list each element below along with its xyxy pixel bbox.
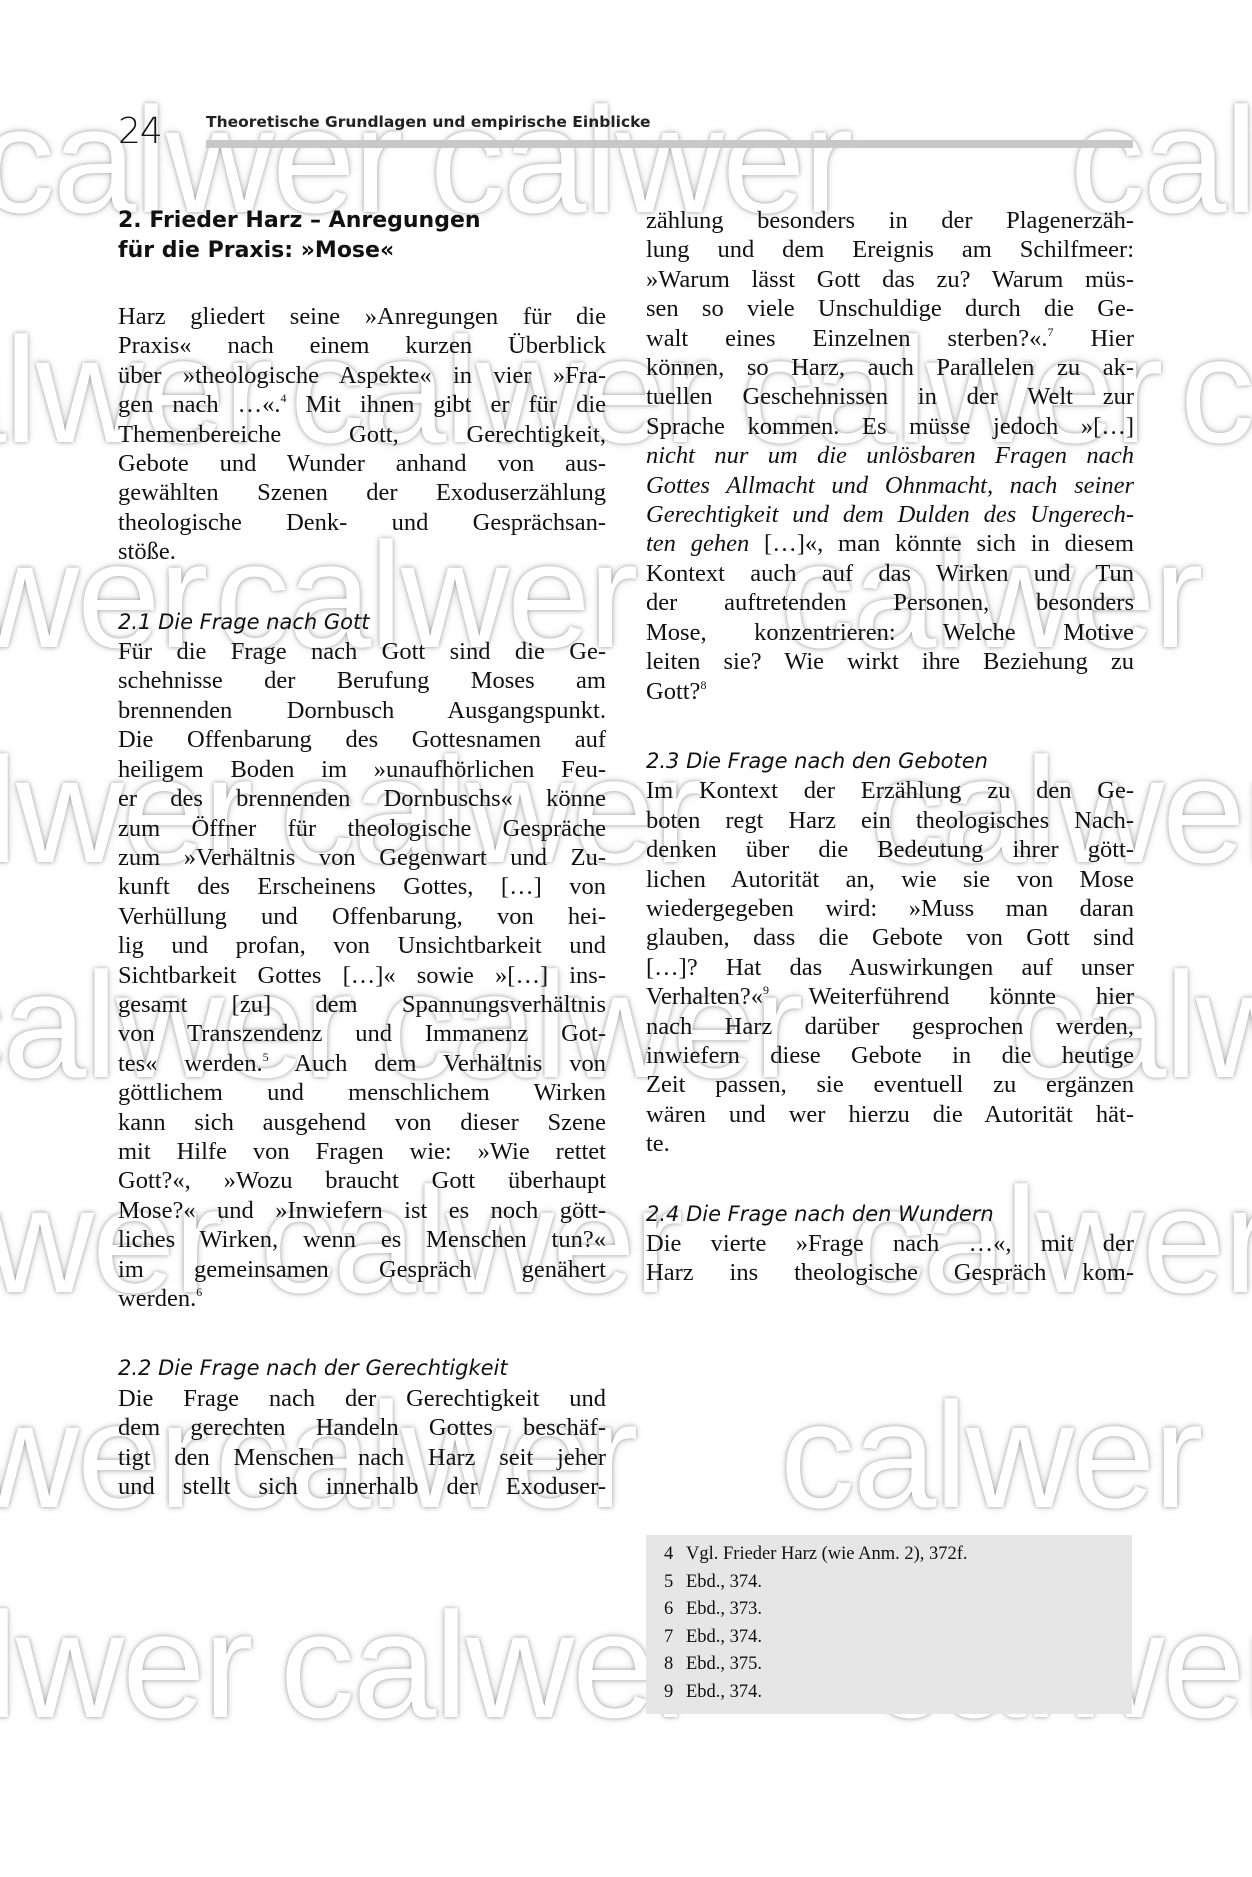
watermark-text: calwer bbox=[1180, 315, 1252, 465]
text-line: können, so Harz, auch Parallelen zu ak- bbox=[646, 353, 1134, 382]
text-line: tes« werden.5 Auch dem Verhältnis von bbox=[118, 1049, 606, 1078]
text-line: lig und profan, von Unsichtbarkeit und bbox=[118, 931, 606, 960]
text-line: heiligem Boden im »unaufhörlichen Feu- bbox=[118, 755, 606, 784]
footnote-number: 8 bbox=[664, 1651, 686, 1679]
footnote-ref[interactable]: 7 bbox=[1047, 325, 1053, 339]
section-title: 2. Frieder Harz – Anregungen für die Pra… bbox=[118, 206, 606, 266]
text-line: nach Harz darüber gesprochen werden, bbox=[646, 1012, 1134, 1041]
footnote: 9Ebd., 374. bbox=[646, 1679, 1132, 1707]
text-line: Die Offenbarung des Gottesnamen auf bbox=[118, 725, 606, 754]
text-line: dem gerechten Handeln Gottes beschäf- bbox=[118, 1413, 606, 1442]
text-line: brennenden Dornbusch Ausgangspunkt. bbox=[118, 696, 606, 725]
footnote-number: 6 bbox=[664, 1596, 686, 1624]
subheading-2-3: 2.3 Die Frage nach den Geboten bbox=[646, 747, 1134, 776]
paragraph-2-2-continued: zählung besonders in der Plagenerzäh-lun… bbox=[646, 206, 1134, 706]
text-line: Mose?« und »Inwiefern ist es noch gött- bbox=[118, 1196, 606, 1225]
text-line: tuellen Geschehnissen in der Welt zur bbox=[646, 382, 1134, 411]
text-line: Gerechtigkeit und dem Dulden des Ungerec… bbox=[646, 500, 1134, 529]
quote-italic: ten gehen bbox=[646, 530, 749, 557]
text-line: inwiefern diese Gebote in die heutige bbox=[646, 1041, 1134, 1070]
text-line: tigt den Menschen nach Harz seit jeher bbox=[118, 1443, 606, 1472]
footnote-number: 7 bbox=[664, 1624, 686, 1652]
text-line: Die vierte »Frage nach …«, mit der bbox=[646, 1229, 1134, 1258]
footnote: 6Ebd., 373. bbox=[646, 1596, 1132, 1624]
text-line: Zeit passen, sie eventuell zu ergänzen bbox=[646, 1070, 1134, 1099]
footnote-ref[interactable]: 4 bbox=[281, 391, 287, 405]
text-line: Für die Frage nach Gott sind die Ge- bbox=[118, 637, 606, 666]
text-line: »Warum lässt Gott das zu? Warum müs- bbox=[646, 265, 1134, 294]
text-line: lung und dem Ereignis am Schilfmeer: bbox=[646, 235, 1134, 264]
text-line: […]? Hat das Auswirkungen auf unser bbox=[646, 953, 1134, 982]
text-line: nicht nur um die unlösbaren Fragen nach bbox=[646, 441, 1134, 470]
text-line: lichen Autorität an, wie sie von Mose bbox=[646, 865, 1134, 894]
footnote-text: Ebd., 373. bbox=[686, 1596, 762, 1624]
paragraph-2-1: Für die Frage nach Gott sind die Ge-sche… bbox=[118, 637, 606, 1313]
text-line: boten regt Harz ein theologisches Nach- bbox=[646, 806, 1134, 835]
subheading-2-1: 2.1 Die Frage nach Gott bbox=[118, 608, 606, 637]
footnote-text: Ebd., 374. bbox=[686, 1624, 762, 1652]
footnote-number: 4 bbox=[664, 1541, 686, 1569]
text-line: Gottes Allmacht und Ohnmacht, nach seine… bbox=[646, 471, 1134, 500]
text-line: Sprache kommen. Es müsse jedoch »[…] bbox=[646, 412, 1134, 441]
footnote: 5Ebd., 374. bbox=[646, 1569, 1132, 1597]
footnote-ref[interactable]: 6 bbox=[196, 1285, 202, 1299]
text-line: göttlichem und menschlichem Wirken bbox=[118, 1078, 606, 1107]
text-line: kunft des Erscheinens Gottes, […] von bbox=[118, 872, 606, 901]
paragraph-2-2: Die Frage nach der Gerechtigkeit unddem … bbox=[118, 1384, 606, 1502]
text-line: werden.6 bbox=[118, 1284, 606, 1313]
paragraph-2-3: Im Kontext der Erzählung zu den Ge-boten… bbox=[646, 776, 1134, 1158]
footnote: 8Ebd., 375. bbox=[646, 1651, 1132, 1679]
text-line: te. bbox=[646, 1129, 1134, 1158]
text-line: Praxis« nach einem kurzen Überblick bbox=[118, 331, 606, 360]
text-line: mit Hilfe von Fragen wie: »Wie rettet bbox=[118, 1137, 606, 1166]
right-column: zählung besonders in der Plagenerzäh-lun… bbox=[646, 206, 1134, 1288]
text-line: theologische Denk- und Gesprächsan- bbox=[118, 508, 606, 537]
footnote-text: Ebd., 374. bbox=[686, 1569, 762, 1597]
footnote-ref[interactable]: 9 bbox=[763, 983, 769, 997]
left-column: 2. Frieder Harz – Anregungen für die Pra… bbox=[118, 206, 606, 1501]
text-line: Gebote und Wunder anhand von aus- bbox=[118, 449, 606, 478]
footnotes-box: 4Vgl. Frieder Harz (wie Anm. 2), 372f.5E… bbox=[646, 1535, 1132, 1714]
header-rule bbox=[206, 140, 1133, 148]
text-line: wiedergegeben wird: »Muss man daran bbox=[646, 894, 1134, 923]
text-line: er des brennenden Dornbuschs« könne bbox=[118, 784, 606, 813]
text-line: zählung besonders in der Plagenerzäh- bbox=[646, 206, 1134, 235]
text-line: liches Wirken, wenn es Menschen tun?« bbox=[118, 1225, 606, 1254]
footnote: 7Ebd., 374. bbox=[646, 1624, 1132, 1652]
text-line: kann sich ausgehend von dieser Szene bbox=[118, 1108, 606, 1137]
text-line: Die Frage nach der Gerechtigkeit und bbox=[118, 1384, 606, 1413]
footnote-text: Vgl. Frieder Harz (wie Anm. 2), 372f. bbox=[686, 1541, 968, 1569]
text-line: Im Kontext der Erzählung zu den Ge- bbox=[646, 776, 1134, 805]
section-title-line: für die Praxis: »Mose« bbox=[118, 236, 606, 266]
watermark-text: calwer bbox=[280, 1590, 701, 1740]
text-line: stöße. bbox=[118, 537, 606, 566]
text-line: Sichtbarkeit Gottes […]« sowie »[…] ins- bbox=[118, 961, 606, 990]
section-title-line: 2. Frieder Harz – Anregungen bbox=[118, 206, 606, 236]
text-line: von Transzendenz und Immanenz Got- bbox=[118, 1019, 606, 1048]
text-line: Verhalten?«9 Weiterführend könnte hier bbox=[646, 982, 1134, 1011]
text-line: sen so viele Unschuldige durch die Ge- bbox=[646, 294, 1134, 323]
text-line: über »theologische Aspekte« in vier »Fra… bbox=[118, 361, 606, 390]
subheading-2-2: 2.2 Die Frage nach der Gerechtigkeit bbox=[118, 1354, 606, 1383]
footnote-text: Ebd., 375. bbox=[686, 1651, 762, 1679]
paragraph-2-4: Die vierte »Frage nach …«, mit derHarz i… bbox=[646, 1229, 1134, 1288]
text-line: wären und wer hierzu die Autorität hät- bbox=[646, 1100, 1134, 1129]
footnote-ref[interactable]: 8 bbox=[700, 678, 706, 692]
text-line: schehnisse der Berufung Moses am bbox=[118, 666, 606, 695]
text-line: der auftretenden Personen, besonders bbox=[646, 588, 1134, 617]
text-line: ten gehen […]«, man könnte sich in diese… bbox=[646, 529, 1134, 558]
text-line: Mose, konzentrieren: Welche Motive bbox=[646, 618, 1134, 647]
text-line: Verhüllung und Offenbarung, von hei- bbox=[118, 902, 606, 931]
text-line: Themenbereiche Gott, Gerechtigkeit, bbox=[118, 420, 606, 449]
text-line: gewählten Szenen der Exoduserzählung bbox=[118, 478, 606, 507]
intro-paragraph: Harz gliedert seine »Anregungen für dieP… bbox=[118, 302, 606, 567]
text-line: und stellt sich innerhalb der Exoduser- bbox=[118, 1472, 606, 1501]
text-line: glauben, dass die Gebote von Gott sind bbox=[646, 923, 1134, 952]
text-line: zum Öffner für theologische Gespräche bbox=[118, 814, 606, 843]
text-line: zum »Verhältnis von Gegenwart und Zu- bbox=[118, 843, 606, 872]
footnote: 4Vgl. Frieder Harz (wie Anm. 2), 372f. bbox=[646, 1541, 1132, 1569]
text-line: gesamt [zu] dem Spannungsverhältnis bbox=[118, 990, 606, 1019]
footnote-number: 9 bbox=[664, 1679, 686, 1707]
footnote-text: Ebd., 374. bbox=[686, 1679, 762, 1707]
footnote-number: 5 bbox=[664, 1569, 686, 1597]
running-head: Theoretische Grundlagen und empirische E… bbox=[206, 113, 651, 131]
text-line: Harz ins theologische Gespräch kom- bbox=[646, 1258, 1134, 1287]
page-number: 24 bbox=[118, 111, 162, 152]
text-line: leiten sie? Wie wirkt ihre Beziehung zu bbox=[646, 647, 1134, 676]
text-line: im gemeinsamen Gespräch genähert bbox=[118, 1255, 606, 1284]
document-page: calwercalwercalwercalwercalwercalwercalw… bbox=[0, 0, 1252, 1877]
text-line: Kontext auch auf das Wirken und Tun bbox=[646, 559, 1134, 588]
footnote-ref[interactable]: 5 bbox=[263, 1050, 269, 1064]
text-line: walt eines Einzelnen sterben?«.7 Hier bbox=[646, 324, 1134, 353]
watermark-text: calwer bbox=[0, 1590, 251, 1740]
text-line: Gott?8 bbox=[646, 677, 1134, 706]
watermark-text: calwer bbox=[780, 1380, 1201, 1530]
subheading-2-4: 2.4 Die Frage nach den Wundern bbox=[646, 1200, 1134, 1229]
text-line: gen nach …«.4 Mit ihnen gibt er für die bbox=[118, 390, 606, 419]
text-line: denken über die Bedeutung ihrer gött- bbox=[646, 835, 1134, 864]
page-header: 24 Theoretische Grundlagen und empirisch… bbox=[118, 105, 1135, 155]
text-line: Harz gliedert seine »Anregungen für die bbox=[118, 302, 606, 331]
text-line: Gott?«, »Wozu braucht Gott überhaupt bbox=[118, 1166, 606, 1195]
